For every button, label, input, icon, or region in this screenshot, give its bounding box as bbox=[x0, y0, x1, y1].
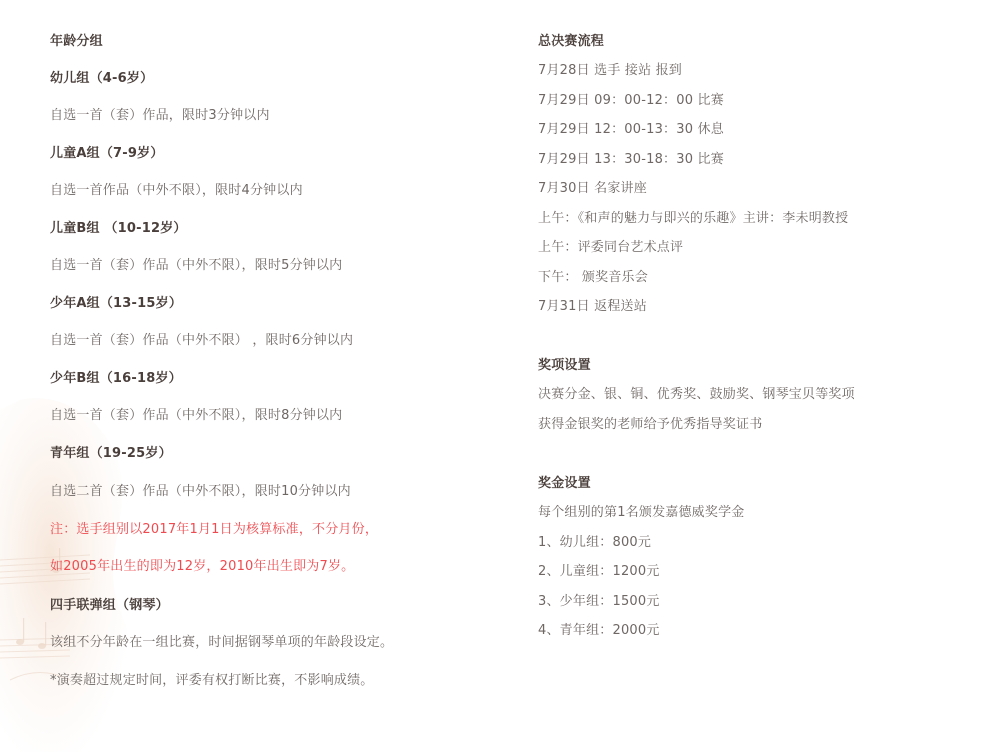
schedule-item: 7月29日 09：00-12：00 比赛 bbox=[538, 92, 724, 110]
schedule-item: 7月29日 12：00-13：30 休息 bbox=[538, 121, 724, 139]
prize-item: 每个组别的第1名颁发嘉德威奖学金 bbox=[538, 504, 744, 522]
group-rule: 自选一首（套）作品（中外不限），限时8分钟以内 bbox=[50, 407, 342, 425]
schedule-item: 7月30日 名家讲座 bbox=[538, 180, 647, 198]
group-name: 青年组（19-25岁） bbox=[50, 445, 172, 463]
section-title-schedule: 总决赛流程 bbox=[538, 33, 604, 51]
prize-item: 3、少年组：1500元 bbox=[538, 593, 660, 611]
group-name: 幼儿组（4-6岁） bbox=[50, 70, 153, 88]
group-rule: 自选一首（套）作品（中外不限） ，限时6分钟以内 bbox=[50, 332, 353, 350]
award-item: 决赛分金、银、铜、优秀奖、鼓励奖、钢琴宝贝等奖项 bbox=[538, 386, 855, 404]
group-name: 儿童B组 （10-12岁） bbox=[50, 220, 187, 238]
section-title-prize: 奖金设置 bbox=[538, 475, 591, 493]
age-calculation-note: 如2005年出生的即为12岁，2010年出生即为7岁。 bbox=[50, 558, 354, 576]
group-rule: 自选一首（套）作品，限时3分钟以内 bbox=[50, 107, 270, 125]
prize-item: 4、青年组：2000元 bbox=[538, 622, 660, 640]
group-name: 儿童A组（7-9岁） bbox=[50, 145, 164, 163]
group-rule: 自选二首（套）作品（中外不限），限时10分钟以内 bbox=[50, 483, 351, 501]
schedule-item: 上午：评委同台艺术点评 bbox=[538, 239, 683, 257]
group-name: 少年A组（13-15岁） bbox=[50, 295, 182, 313]
schedule-item: 下午： 颁奖音乐会 bbox=[538, 269, 648, 287]
prize-item: 1、幼儿组：800元 bbox=[538, 534, 651, 552]
award-item: 获得金银奖的老师给予优秀指导奖证书 bbox=[538, 416, 762, 434]
schedule-item: 7月29日 13：30-18：30 比赛 bbox=[538, 151, 724, 169]
age-calculation-note: 注：选手组别以2017年1月1日为核算标准，不分月份， bbox=[50, 521, 378, 539]
schedule-item: 7月31日 返程送站 bbox=[538, 298, 647, 316]
group-rule: 自选一首（套）作品（中外不限），限时5分钟以内 bbox=[50, 257, 342, 275]
prize-item: 2、儿童组：1200元 bbox=[538, 563, 660, 581]
section-title-awards: 奖项设置 bbox=[538, 357, 591, 375]
duet-group-name: 四手联弹组（钢琴） bbox=[50, 597, 169, 615]
schedule-item: 上午：《和声的魅力与即兴的乐趣》主讲：李未明教授 bbox=[538, 210, 848, 228]
duet-group-rule: 该组不分年龄在一组比赛，时间据钢琴单项的年龄段设定。 bbox=[50, 634, 393, 652]
section-title-age-groups: 年龄分组 bbox=[50, 33, 103, 51]
time-limit-footnote: *演奏超过规定时间，评委有权打断比赛，不影响成绩。 bbox=[50, 672, 374, 690]
schedule-item: 7月28日 选手 接站 报到 bbox=[538, 62, 682, 80]
group-rule: 自选一首作品（中外不限），限时4分钟以内 bbox=[50, 182, 303, 200]
group-name: 少年B组（16-18岁） bbox=[50, 370, 182, 388]
